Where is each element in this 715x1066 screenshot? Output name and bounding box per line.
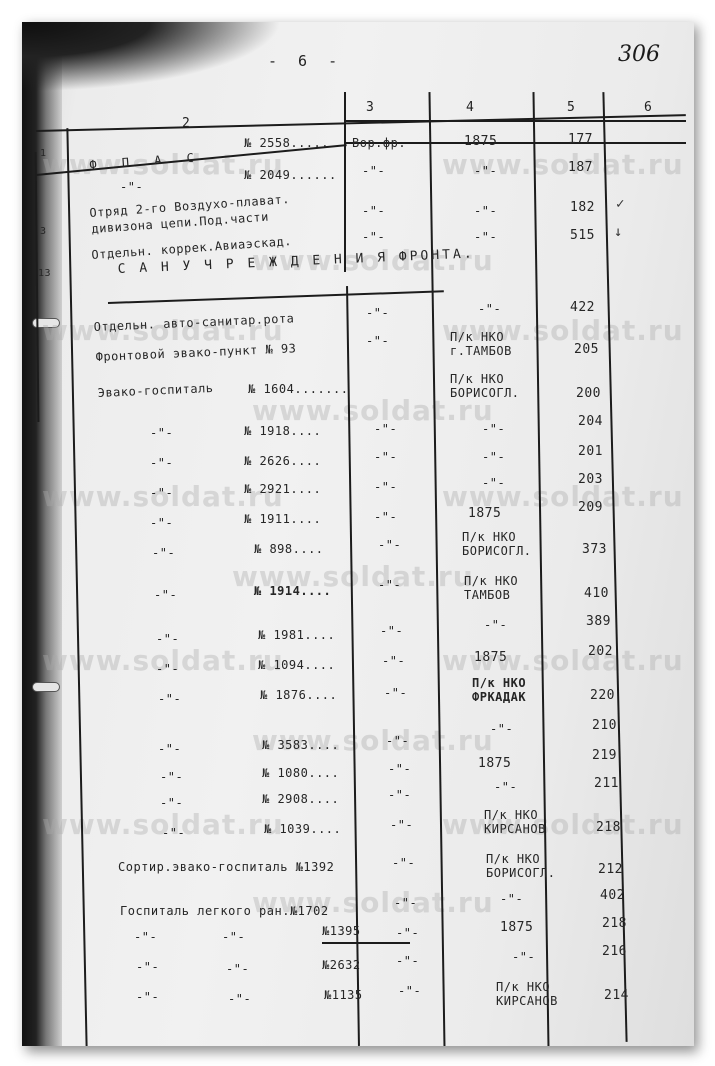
col5-value: 216 <box>602 944 627 959</box>
unit-number: № 2626.... <box>244 454 321 468</box>
ditto-mark: -"- <box>150 516 173 530</box>
binding-edge <box>22 22 62 1046</box>
ditto-mark: -"- <box>136 960 159 974</box>
col4-value: П/к НКО г.ТАМБОВ <box>450 330 530 358</box>
col5-value: 201 <box>578 444 603 459</box>
check-mark-icon: ↓ <box>614 224 622 240</box>
col4-value: -"- <box>482 450 505 464</box>
col-rule-2a <box>344 92 346 272</box>
unit-number: №2632 <box>322 958 361 972</box>
unit-name: Госпиталь легкого ран.№1702 <box>120 904 329 918</box>
col5-value: 219 <box>592 748 617 763</box>
unit-number: № 3583.... <box>262 738 339 752</box>
unit-name: Сортир.эвако-госпиталь №1392 <box>118 860 334 874</box>
col5-value: 218 <box>596 820 621 835</box>
col3-value: -"- <box>362 230 385 244</box>
col3-value: -"- <box>374 510 397 524</box>
col4-value: П/к НКО ТАМБОВ <box>464 574 544 602</box>
col4-value: -"- <box>474 230 497 244</box>
col4-value: -"- <box>474 164 497 178</box>
col4-value: -"- <box>482 422 505 436</box>
underline <box>322 942 410 944</box>
unit-number: № 898.... <box>254 542 324 556</box>
col5-value: 402 <box>600 888 625 903</box>
col3-value: -"- <box>366 334 389 348</box>
col3-value: -"- <box>388 788 411 802</box>
col-header-6: 6 <box>644 100 652 115</box>
col3-value: Вор.фр. <box>352 136 406 150</box>
col3-value: -"- <box>378 538 401 552</box>
ditto-mark: -"- <box>150 426 173 440</box>
unit-number: № 2921.... <box>244 482 321 496</box>
col3-value: -"- <box>384 686 407 700</box>
col-rule-3 <box>428 92 445 1046</box>
binder-ring <box>32 682 60 692</box>
header-rule-top <box>344 120 686 122</box>
col5-value: 204 <box>578 414 603 429</box>
col5-value: 422 <box>570 300 595 315</box>
col4-value: П/к НКО БОРИСОГЛ. <box>450 372 530 400</box>
ditto-mark: -"- <box>160 796 183 810</box>
corner-shadow <box>22 22 282 92</box>
check-mark-icon: ✓ <box>616 196 624 212</box>
col-header-3: 3 <box>366 100 374 115</box>
ditto-mark: -"- <box>156 662 179 676</box>
col3-value: -"- <box>374 422 397 436</box>
col3-value: -"- <box>390 818 413 832</box>
col4-value: П/к НКО КИРСАНОВ <box>484 808 564 836</box>
ditto-mark: -"- <box>226 962 249 976</box>
ditto-mark: -"- <box>222 930 245 944</box>
ditto-mark: -"- <box>160 770 183 784</box>
archive-page: www.soldat.ru www.soldat.ru www.soldat.r… <box>22 22 694 1046</box>
ditto-mark: -"- <box>136 990 159 1004</box>
unit-number: № 2908.... <box>262 792 339 806</box>
col-header-5: 5 <box>567 100 575 115</box>
col4-value: -"- <box>478 302 501 316</box>
col5-value: 373 <box>582 542 607 557</box>
ditto-mark: -"- <box>152 546 175 560</box>
col3-value: -"- <box>396 954 419 968</box>
folio-number: 306 <box>618 42 660 67</box>
col4-value: П/к НКО КИРСАНОВ <box>496 980 582 1008</box>
col5-value: 209 <box>578 500 603 515</box>
unit-name: Фронтовой эвако-пункт № 93 <box>95 341 296 364</box>
unit-number: № 1876.... <box>260 688 337 702</box>
unit-number: №1395 <box>322 924 361 938</box>
col3-value: -"- <box>398 984 421 998</box>
col5-value: 187 <box>568 160 593 175</box>
col-header-4: 4 <box>466 100 474 115</box>
ditto-mark: -"- <box>228 992 251 1006</box>
ditto-mark: -"- <box>156 632 179 646</box>
col3-value: -"- <box>396 926 419 940</box>
col4-value: -"- <box>500 892 523 906</box>
col3-value: -"- <box>380 624 403 638</box>
col4-value: 1875 <box>474 650 507 665</box>
col3-value: -"- <box>386 734 409 748</box>
col3-value: -"- <box>382 654 405 668</box>
unit-number: № 1981.... <box>258 628 335 642</box>
col3-value: -"- <box>362 164 385 178</box>
col5-value: 210 <box>592 718 617 733</box>
col5-value: 220 <box>590 688 615 703</box>
col5-value: 182 <box>570 200 595 215</box>
col4-value: -"- <box>482 476 505 490</box>
unit-number: № 1094.... <box>258 658 335 672</box>
col-header-2: 2 <box>182 116 190 131</box>
row-number: 3 <box>40 226 47 237</box>
col-rule-1 <box>66 128 87 1046</box>
col5-value: 218 <box>602 916 627 931</box>
col5-value: 203 <box>578 472 603 487</box>
ditto-mark: -"- <box>158 692 181 706</box>
page-marker: - 6 - <box>268 52 343 70</box>
unit-number: № 1080.... <box>262 766 339 780</box>
col4-value: 1875 <box>500 920 533 935</box>
col4-value: -"- <box>494 780 517 794</box>
col5-value: 211 <box>594 776 619 791</box>
col4-value: 1875 <box>468 506 501 521</box>
col3-value: -"- <box>388 762 411 776</box>
col3-value: -"- <box>378 578 401 592</box>
col4-value: -"- <box>490 722 513 736</box>
col5-value: 200 <box>576 386 601 401</box>
col3-value: -"- <box>392 856 415 870</box>
col3-value: -"- <box>374 480 397 494</box>
col4-value: П/к НКО ФРКАДАК <box>472 676 552 704</box>
col5-value: 515 <box>570 228 595 243</box>
unit-number: № 1039.... <box>264 822 341 836</box>
unit-number: № 1911.... <box>244 512 321 526</box>
col5-value: 389 <box>586 614 611 629</box>
unit-number: №1135 <box>324 988 363 1002</box>
unit-number: № 1914.... <box>254 584 331 598</box>
ditto-mark: -"- <box>154 588 177 602</box>
table-top-rule <box>36 114 686 132</box>
unit-number: № 1604....... <box>248 382 348 396</box>
ditto-mark: -"- <box>158 742 181 756</box>
col5-value: 202 <box>588 644 613 659</box>
col4-value: -"- <box>484 618 507 632</box>
row-number: 1 <box>40 148 47 159</box>
ditto-mark: -"- <box>150 486 173 500</box>
col-rule-4 <box>532 92 549 1046</box>
col4-value: П/к НКО БОРИСОГЛ. <box>486 852 566 880</box>
col4-value: -"- <box>512 950 535 964</box>
col4-value: 1875 <box>478 756 511 771</box>
ditto-mark: -"- <box>162 826 185 840</box>
row-number: 13 <box>38 268 51 279</box>
col3-value: -"- <box>374 450 397 464</box>
unit-number: № 1918.... <box>244 424 321 438</box>
unit-number: № 2049...... <box>244 168 337 182</box>
unit-number: № 2558..... <box>244 136 329 150</box>
col5-value: 205 <box>574 342 599 357</box>
ditto-mark: -"- <box>134 930 157 944</box>
col5-value: 410 <box>584 586 609 601</box>
ditto-mark: -"- <box>150 456 173 470</box>
col4-value: -"- <box>474 204 497 218</box>
col5-value: 212 <box>598 862 623 877</box>
unit-name: Ф П А С <box>89 150 203 172</box>
unit-name: Отдельн. авто-санитар.рота <box>93 311 294 334</box>
col4-value: 1875 <box>464 134 497 149</box>
col3-value: -"- <box>394 896 417 910</box>
col5-value: 177 <box>568 132 593 147</box>
col5-value: 214 <box>604 988 629 1003</box>
col3-value: -"- <box>366 306 389 320</box>
ditto-mark: -"- <box>120 180 143 194</box>
unit-name: Эвако-госпиталь <box>97 381 213 400</box>
col3-value: -"- <box>362 204 385 218</box>
col4-value: П/к НКО БОРИСОГЛ. <box>462 530 542 558</box>
section-rule <box>108 290 444 304</box>
